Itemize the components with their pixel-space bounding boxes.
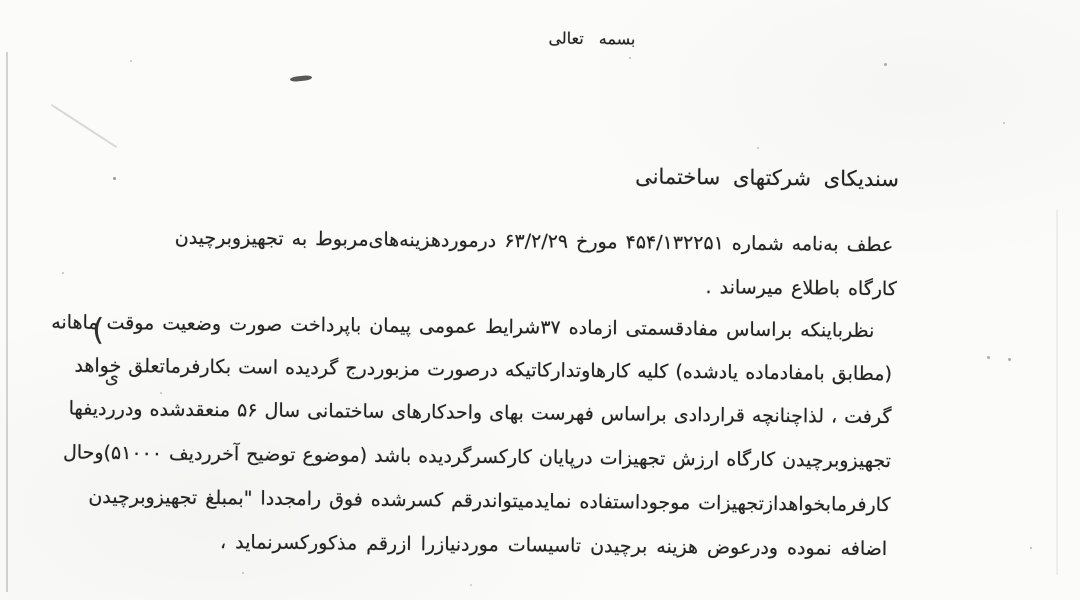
body-line-5: کارفرمابخواهدازتجهیزات موجوداستفاده نمای… bbox=[88, 485, 890, 519]
addressee-line: سندیکای شرکتهای ساختمانی bbox=[635, 162, 899, 193]
scanned-letter-page: بسمه تعالی سندیکای شرکتهای ساختمانی عطف … bbox=[0, 0, 1080, 600]
scan-speck bbox=[62, 272, 64, 274]
scan-speck bbox=[884, 63, 887, 66]
scan-speck bbox=[1030, 547, 1032, 549]
scan-speck bbox=[1003, 122, 1005, 124]
margin-yeh-mark: ی bbox=[105, 367, 119, 388]
scan-speck bbox=[160, 392, 162, 394]
scan-speck bbox=[1008, 358, 1011, 361]
scan-speck bbox=[242, 572, 244, 574]
reference-line: عطف به‌نامه شماره ۴۵۴/۱۳۲۲۵۱ مورخ ۶۳/۲/۲… bbox=[175, 226, 894, 259]
body-line-4: تجهیزوبرچیدن کارگاه ارزش تجهیزات درپایان… bbox=[63, 440, 891, 474]
letter-body: بسمه تعالی سندیکای شرکتهای ساختمانی عطف … bbox=[0, 0, 1080, 600]
scan-speck bbox=[987, 356, 990, 359]
body-line-1: نظرباینکه براساس مفادقسمتی ازماده ۳۷شرای… bbox=[51, 310, 874, 344]
scan-speck bbox=[470, 584, 472, 586]
scan-speck bbox=[130, 60, 132, 62]
scan-speck bbox=[113, 177, 116, 180]
bismillah-line: بسمه تعالی bbox=[548, 28, 635, 51]
scan-speck bbox=[629, 57, 631, 59]
margin-paren-mark: ( bbox=[92, 313, 104, 348]
body-line-3: گرفت ، لذاچنانچه قراردادی براساس فهرست ب… bbox=[69, 397, 892, 431]
body-line-6: اضافه نموده ودرعوض هزینه برچیدن تاسیسات … bbox=[220, 530, 887, 563]
reference-continuation-line: کارگاه باطلاع میرساند . bbox=[705, 275, 896, 303]
body-line-2: (مطابق بامفادماده یادشده) کلیه کارهاوتدا… bbox=[74, 354, 892, 388]
scan-speck bbox=[757, 147, 759, 149]
